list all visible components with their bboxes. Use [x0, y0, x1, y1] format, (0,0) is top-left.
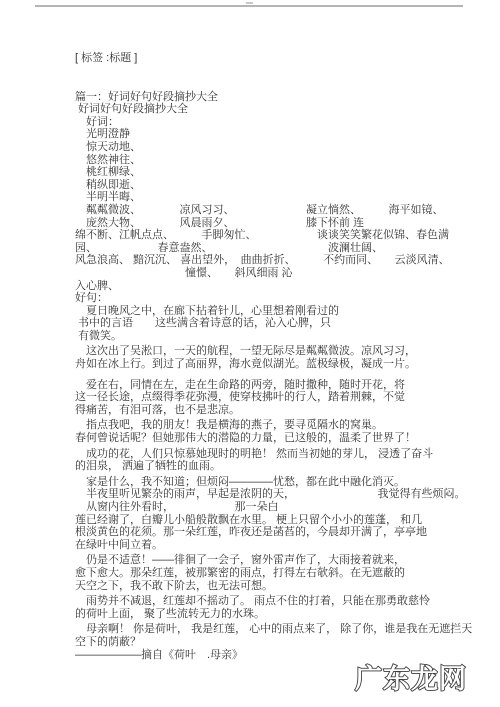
- text-line: 的荷叶上面， 聚了些流转无力的水珠。: [75, 608, 472, 621]
- sub-heading: 好词好句好段摘抄大全: [75, 103, 472, 116]
- text-line: 的泪泉， 洒遍了牺牲的血雨。: [75, 460, 472, 473]
- text-line: 半明半晦、: [75, 191, 472, 204]
- page-top-rule: [35, 5, 463, 7]
- text-line: 在绿叶中间立着。: [75, 539, 472, 552]
- text-line: 天空之下，我不敢下阶去，也无法可想。: [75, 580, 472, 593]
- text-line: 愈下愈大。那朵红莲，被那繁密的雨点，打得左右欹斜。在无遮蔽的: [75, 567, 472, 580]
- tag-line: [ 标签 :标题 ]: [75, 52, 472, 65]
- text-line: 庞然大物、 风晨雨夕、 膝下怀前 连: [75, 217, 472, 230]
- text-line: 根淡黄色的花须。那一朵红莲，昨夜还是菡萏的，今晨却开满了，亭亭地: [75, 526, 472, 539]
- text-line: 仍是不适意！——徘徊了一会子，窗外雷声作了，大雨接着就来，: [75, 554, 472, 567]
- text-line: 成功的花，人们只惊慕她现时的明艳！ 然而当初她的芽儿， 浸透了奋斗: [75, 448, 472, 461]
- text-line: 光明澄静: [75, 128, 472, 141]
- text-line: 悠然神往、: [75, 154, 472, 167]
- text-line: 春何曾说话呢？但她那伟大的潜隐的力量，已这般的，温柔了世界了！: [75, 432, 472, 445]
- text-line: 母亲啊！ 你是荷叶， 我是红莲， 心中的雨点来了， 除了你，谁是我在无遮拦天: [75, 623, 472, 636]
- text-line: 家是什么，我不知道；但烦闷————忧愁，都在此中融化消灭。: [75, 476, 472, 489]
- text-line: 有微笑。: [75, 330, 472, 343]
- text-line: 书中的言语 这些满含着诗意的话，沁入心脾，只: [75, 317, 472, 330]
- good-words-label: 好词：: [75, 116, 472, 129]
- text-line: 从窗内往外看时， 那一朵白: [75, 501, 472, 514]
- text-line: 惊天动地、: [75, 141, 472, 154]
- scan-artifact-tick: [246, 2, 253, 4]
- text-line: 雨势并不减退，红莲却不摇动了。 雨点不住的打着，只能在那勇敢慈怜: [75, 595, 472, 608]
- text-line: 得痛苦，有泪可落，也不是悲凉。: [75, 404, 472, 417]
- text-line: 园、 春意盎然、 波澜壮阔、: [75, 242, 472, 255]
- text-line: 指点我吧，我的朋友！我是横海的燕子，要寻觅隔水的窝巢。: [75, 419, 472, 432]
- text-line: 这次出了吴淞口，一天的航程，一望无际尽是粼粼微波。凉风习习，: [75, 345, 472, 358]
- text-line: 空下的荫蔽？: [75, 636, 472, 649]
- text-line: 莲已经谢了，白瓣儿小船般散飘在水里。 梗上只留个小小的莲蓬， 和几: [75, 514, 472, 527]
- text-line: 半夜里听见繁杂的雨声，早起是浓阴的天， 我觉得有些烦闷。: [75, 488, 472, 501]
- text-line: 粼粼微波、 凉风习习、 凝立惝然、 海平如镜、: [75, 204, 472, 217]
- good-sentences-label: 好句：: [75, 292, 472, 305]
- document-page: { "document": { "lines": [ "[ 标签 :标题 ]",…: [0, 0, 500, 707]
- text-line: 舟如在冰上行。到过了高丽界，海水竟似湖光。蓝极绿极，凝成一片。: [75, 358, 472, 371]
- text-line: 桃红柳绿、: [75, 166, 472, 179]
- watermark-logo: 广东龙网: [349, 655, 474, 701]
- text-line: 爱在右，同情在左，走在生命路的两旁，随时撒种，随时开花，将: [75, 379, 472, 392]
- text-line: 这一径长途，点缀得季花弥漫，使穿枝拂叶的行人，踏着荆棘，不觉: [75, 391, 472, 404]
- text-line: 入心脾、: [75, 280, 472, 293]
- text-line: 憧憬、 斜风细雨 沁: [75, 267, 472, 280]
- document-body: [ 标签 :标题 ] 篇一：好词好句好段摘抄大全 好词好句好段摘抄大全 好词： …: [75, 52, 472, 661]
- section-heading: 篇一：好词好句好段摘抄大全: [75, 91, 472, 104]
- text-line: 夏日晚风之中，在廊下拈着针儿，心里想着刚看过的: [75, 305, 472, 318]
- text-line: 绵不断、江帆点点、 手脚匆忙、 谈谈笑笑繁花似锦、春色满: [75, 229, 472, 242]
- text-line: 风急浪高、 黯沉沉、 喜出望外， 曲曲折折、 不约而同、 云淡风清、: [75, 254, 472, 267]
- watermark-text: 广东龙网: [355, 664, 467, 694]
- text-line: 稍纵即逝、: [75, 179, 472, 192]
